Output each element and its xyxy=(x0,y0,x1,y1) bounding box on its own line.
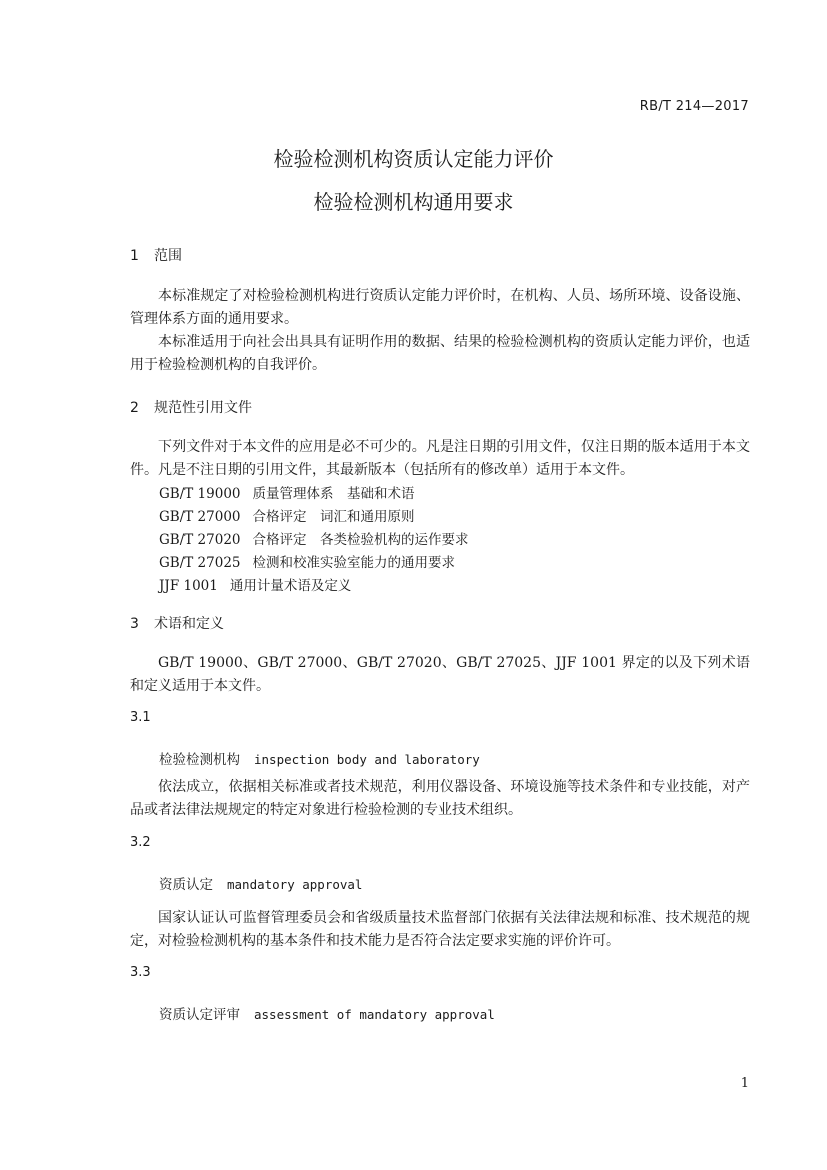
standard-number: RB/T 214—2017 xyxy=(640,99,749,114)
term-en: assessment of mandatory approval xyxy=(254,1007,495,1022)
clause-number: 3.2 xyxy=(130,835,151,850)
paragraph: 本标准规定了对检验检测机构进行资质认定能力评价时，在机构、人员、场所环境、设备设… xyxy=(130,285,750,331)
reference-code: GB/T 27020 xyxy=(159,532,241,548)
reference-code: JJF 1001 xyxy=(159,578,218,594)
paragraph: 下列文件对于本文件的应用是必不可少的。凡是注日期的引用文件，仅注日期的版本适用于… xyxy=(130,436,750,482)
term-en: mandatory approval xyxy=(227,877,362,892)
reference-code: GB/T 27000 xyxy=(159,509,241,525)
section-heading-1: 1范围 xyxy=(130,245,182,265)
reference-item: GB/T 19000质量管理体系 基础和术语 xyxy=(159,482,415,502)
section-3-body: GB/T 19000、GB/T 27000、GB/T 27020、GB/T 27… xyxy=(130,652,750,698)
section-heading-2: 2规范性引用文件 xyxy=(130,397,252,417)
reference-item: JJF 1001通用计量术语及定义 xyxy=(159,574,351,594)
document-title-line-1: 检验检测机构资质认定能力评价 xyxy=(0,143,827,172)
reference-title: 通用计量术语及定义 xyxy=(230,578,352,594)
reference-item: GB/T 27020合格评定 各类检验机构的运作要求 xyxy=(159,528,469,548)
term-definition: 依法成立，依据相关标准或者技术规范，利用仪器设备、环境设施等技术条件和专业技能，… xyxy=(130,776,750,822)
section-number: 3 xyxy=(130,616,154,632)
reference-code: GB/T 27025 xyxy=(159,555,241,571)
term-zh: 资质认定评审 xyxy=(159,1007,240,1023)
page-number: 1 xyxy=(741,1076,749,1091)
section-2-body: 下列文件对于本文件的应用是必不可少的。凡是注日期的引用文件，仅注日期的版本适用于… xyxy=(130,436,750,482)
reference-code: GB/T 19000 xyxy=(159,486,241,502)
section-number: 1 xyxy=(130,248,154,264)
clause-number: 3.3 xyxy=(130,965,151,980)
term-zh: 检验检测机构 xyxy=(159,752,240,768)
reference-title: 合格评定 词汇和通用原则 xyxy=(253,509,415,525)
section-1-body: 本标准规定了对检验检测机构进行资质认定能力评价时，在机构、人员、场所环境、设备设… xyxy=(130,285,750,377)
reference-title: 检测和校准实验室能力的通用要求 xyxy=(253,555,456,571)
paragraph: GB/T 19000、GB/T 27000、GB/T 27020、GB/T 27… xyxy=(130,652,750,698)
term-heading: 检验检测机构inspection body and laboratory xyxy=(159,748,480,768)
clause-number: 3.1 xyxy=(130,710,151,725)
section-number: 2 xyxy=(130,400,154,416)
paragraph: 本标准适用于向社会出具具有证明作用的数据、结果的检验检测机构的资质认定能力评价，… xyxy=(130,331,750,377)
reference-item: GB/T 27025检测和校准实验室能力的通用要求 xyxy=(159,551,455,571)
term-zh: 资质认定 xyxy=(159,877,213,893)
reference-title: 合格评定 各类检验机构的运作要求 xyxy=(253,532,469,548)
reference-title: 质量管理体系 基础和术语 xyxy=(253,486,415,502)
section-heading-3: 3术语和定义 xyxy=(130,613,224,633)
paragraph: 国家认证认可监督管理委员会和省级质量技术监督部门依据有关法律法规和标准、技术规范… xyxy=(130,907,750,953)
section-title: 规范性引用文件 xyxy=(154,400,252,416)
section-title: 术语和定义 xyxy=(154,616,224,632)
document-title-line-2: 检验检测机构通用要求 xyxy=(0,186,827,215)
paragraph: 依法成立，依据相关标准或者技术规范，利用仪器设备、环境设施等技术条件和专业技能，… xyxy=(130,776,750,822)
term-heading: 资质认定评审assessment of mandatory approval xyxy=(159,1003,495,1023)
section-title: 范围 xyxy=(154,248,182,264)
term-en: inspection body and laboratory xyxy=(254,752,480,767)
term-definition: 国家认证认可监督管理委员会和省级质量技术监督部门依据有关法律法规和标准、技术规范… xyxy=(130,907,750,953)
reference-item: GB/T 27000合格评定 词汇和通用原则 xyxy=(159,505,415,525)
term-heading: 资质认定mandatory approval xyxy=(159,873,362,893)
document-page: RB/T 214—2017 检验检测机构资质认定能力评价 检验检测机构通用要求 … xyxy=(0,0,827,1170)
